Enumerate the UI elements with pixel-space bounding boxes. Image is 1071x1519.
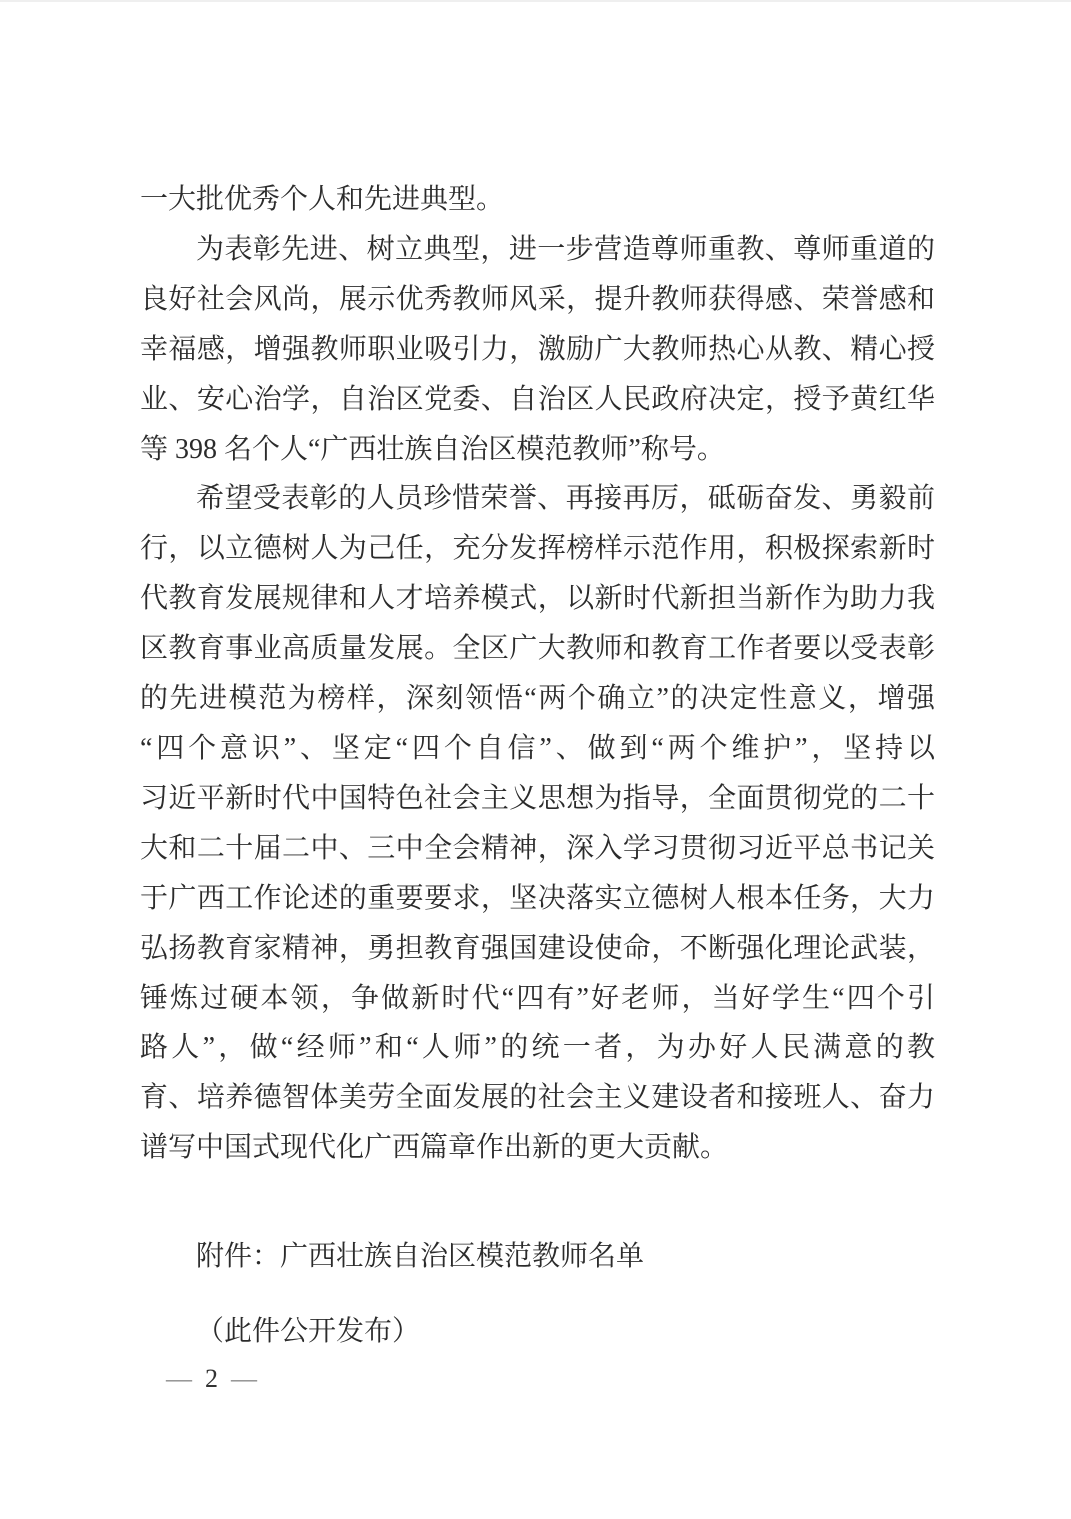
text-line: 育、培养德智体美劳全面发展的社会主义建设者和接班人、奋力 <box>140 1073 935 1123</box>
text-line: 代教育发展规律和人才培养模式，以新时代新担当新作为助力我 <box>140 574 935 624</box>
text-line: 等 398 名个人“广西壮族自治区模范教师”称号。 <box>140 425 935 475</box>
text-line: “四个意识”、坚定“四个自信”、做到“两个维护”，坚持以 <box>140 724 935 774</box>
document-body: 一大批优秀个人和先进典型。为表彰先进、树立典型，进一步营造尊师重教、尊师重道的良… <box>140 175 935 1173</box>
text-line: 大和二十届二中、三中全会精神，深入学习贯彻习近平总书记关 <box>140 824 935 874</box>
page-number: 2 <box>205 1364 218 1394</box>
text-line: 路人”，做“经师”和“人师”的统一者，为办好人民满意的教 <box>140 1023 935 1073</box>
text-line: 行，以立德树人为己任，充分发挥榜样示范作用，积极探索新时 <box>140 524 935 574</box>
text-line: 锤炼过硬本领，争做新时代“四有”好老师，当好学生“四个引 <box>140 974 935 1024</box>
text-line: 于广西工作论述的重要要求，坚决落实立德树人根本任务，大力 <box>140 874 935 924</box>
text-line: 习近平新时代中国特色社会主义思想为指导，全面贯彻党的二十 <box>140 774 935 824</box>
page-footer: — 2 — <box>166 1364 935 1394</box>
document-page: 一大批优秀个人和先进典型。为表彰先进、树立典型，进一步营造尊师重教、尊师重道的良… <box>0 0 1071 1519</box>
text-line: 谱写中国式现代化广西篇章作出新的更大贡献。 <box>140 1123 935 1173</box>
text-line: 为表彰先进、树立典型，进一步营造尊师重教、尊师重道的 <box>140 225 935 275</box>
text-line: 一大批优秀个人和先进典型。 <box>140 175 935 225</box>
scan-edge-top <box>0 0 1071 2</box>
text-line: 希望受表彰的人员珍惜荣誉、再接再厉，砥砺奋发、勇毅前 <box>140 474 935 524</box>
attachment-line: 附件：广西壮族自治区模范教师名单 <box>140 1232 935 1282</box>
text-line: 弘扬教育家精神，勇担教育强国建设使命，不断强化理论武装， <box>140 924 935 974</box>
text-line: 的先进模范为榜样，深刻领悟“两个确立”的决定性意义，增强 <box>140 674 935 724</box>
text-line: 区教育事业高质量发展。全区广大教师和教育工作者要以受表彰 <box>140 624 935 674</box>
text-line: 幸福感，增强教师职业吸引力，激励广大教师热心从教、精心授 <box>140 325 935 375</box>
text-line: 良好社会风尚，展示优秀教师风采，提升教师获得感、荣誉感和 <box>140 275 935 325</box>
footer-dash-left: — <box>166 1364 192 1394</box>
text-line: 业、安心治学，自治区党委、自治区人民政府决定，授予黄红华 <box>140 375 935 425</box>
publish-note: （此件公开发布） <box>140 1307 935 1357</box>
footer-dash-right: — <box>231 1364 257 1394</box>
